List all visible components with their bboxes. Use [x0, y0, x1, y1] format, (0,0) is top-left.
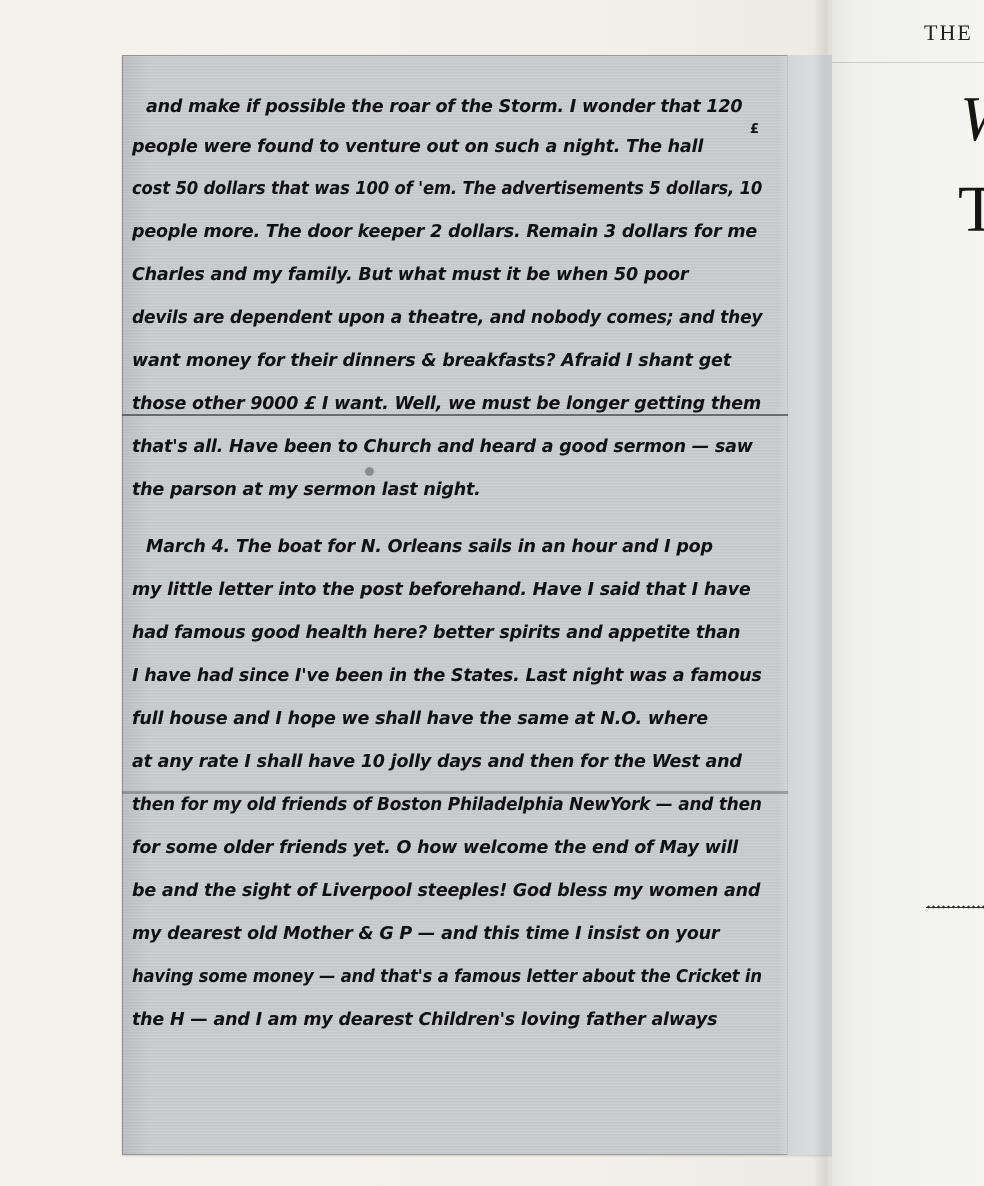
- margin-note: £: [750, 122, 759, 137]
- page-edge-line: [832, 62, 984, 63]
- letter-line: full house and I hope we shall have the …: [132, 709, 708, 729]
- letter-line: I have had since I've been in the States…: [132, 666, 762, 686]
- letter-line: Charles and my family. But what must it …: [132, 265, 688, 285]
- letter-line: for some older friends yet. O how welcom…: [132, 838, 738, 858]
- letter-line: had famous good health here? better spir…: [132, 623, 740, 643]
- letter-facsimile-plate: and make if possible the roar of the Sto…: [122, 55, 834, 1155]
- letter-line: my dearest old Mother & G P — and this t…: [132, 924, 719, 944]
- letter-line: that's all. Have been to Church and hear…: [132, 437, 753, 457]
- letter-line: devils are dependent upon a theatre, and…: [132, 308, 762, 328]
- letter-line: at any rate I shall have 10 jolly days a…: [132, 752, 742, 772]
- letter-line: having some money — and that's a famous …: [132, 967, 762, 987]
- letter-line: the parson at my sermon last night.: [132, 480, 481, 500]
- letter-line: and make if possible the roar of the Sto…: [146, 97, 742, 117]
- running-head: THE: [924, 20, 973, 46]
- dotted-ornament-rule: [926, 905, 984, 909]
- title-fragment-italic: W: [960, 82, 984, 156]
- handwritten-letter: and make if possible the roar of the Sto…: [122, 55, 788, 1155]
- letter-line: then for my old friends of Boston Philad…: [132, 795, 762, 815]
- letter-line: people were found to venture out on such…: [132, 137, 703, 157]
- letter-line: want money for their dinners & breakfast…: [132, 351, 731, 371]
- letter-line: be and the sight of Liverpool steeples! …: [132, 881, 760, 901]
- title-fragment-roman: T: [958, 172, 984, 248]
- letter-line: my little letter into the post beforehan…: [132, 580, 751, 600]
- letter-line-closing: the H — and I am my dearest Children's l…: [132, 1010, 717, 1030]
- letter-line: people more. The door keeper 2 dollars. …: [132, 222, 757, 242]
- letter-line: cost 50 dollars that was 100 of 'em. The…: [132, 179, 762, 199]
- letter-line-dated-entry: March 4. The boat for N. Orleans sails i…: [146, 537, 713, 557]
- letter-line: those other 9000 £ I want. Well, we must…: [132, 394, 761, 414]
